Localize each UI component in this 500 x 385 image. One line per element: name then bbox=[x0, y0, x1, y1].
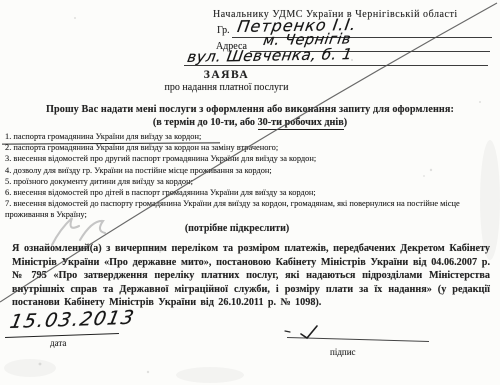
service-item-4: 4. дозволу для виїзду гр. України на пос… bbox=[5, 165, 497, 176]
address-street-handwritten: вул. Шевченка, б. 1 bbox=[186, 45, 354, 66]
signature-line bbox=[287, 337, 429, 342]
service-item-3: 3. внесення відомостей про другий паспор… bbox=[5, 153, 497, 164]
address-line-2 bbox=[184, 65, 488, 66]
citizen-label: Гр. bbox=[217, 25, 230, 36]
service-item-6: 6. внесення відомостей про дітей в паспо… bbox=[5, 187, 497, 198]
service-item-1: 1. паспорта громадянина України для виїз… bbox=[5, 131, 497, 142]
acknowledgement-paragraph: Я ознайомлений(а) з вичерпним переліком … bbox=[12, 242, 490, 310]
term-prefix: (в термін до 10-ти, або bbox=[153, 117, 258, 128]
term-suffix: ) bbox=[344, 117, 347, 128]
service-item-5: 5. проїзного документу дитини для виїзду… bbox=[5, 176, 497, 187]
signature-dash-mark bbox=[285, 331, 290, 332]
service-item-7: 7. внесення відомостей до паспорту грома… bbox=[5, 198, 497, 220]
date-handwritten: 15.03.2013 bbox=[8, 307, 137, 333]
underline-note: (потрібне підкреслити) bbox=[0, 223, 474, 234]
document-subtitle: про надання платної послуги bbox=[0, 82, 453, 93]
document-title: ЗАЯВА bbox=[0, 69, 453, 81]
signature-checkmark-icon bbox=[301, 326, 317, 338]
services-list: 1. паспорта громадянина України для виїз… bbox=[5, 131, 497, 221]
term-underlined-choice: 30-ти робочих днів bbox=[258, 117, 344, 130]
date-label: дата bbox=[50, 338, 66, 348]
signature-label: підпис bbox=[330, 347, 356, 357]
request-line: Прошу Вас надати мені послуги з оформлен… bbox=[2, 104, 498, 115]
scanned-application-page: { "document": { "header": { "addressee":… bbox=[0, 0, 500, 385]
term-line: (в термін до 10-ти, або 30-ти робочих дн… bbox=[0, 117, 500, 128]
